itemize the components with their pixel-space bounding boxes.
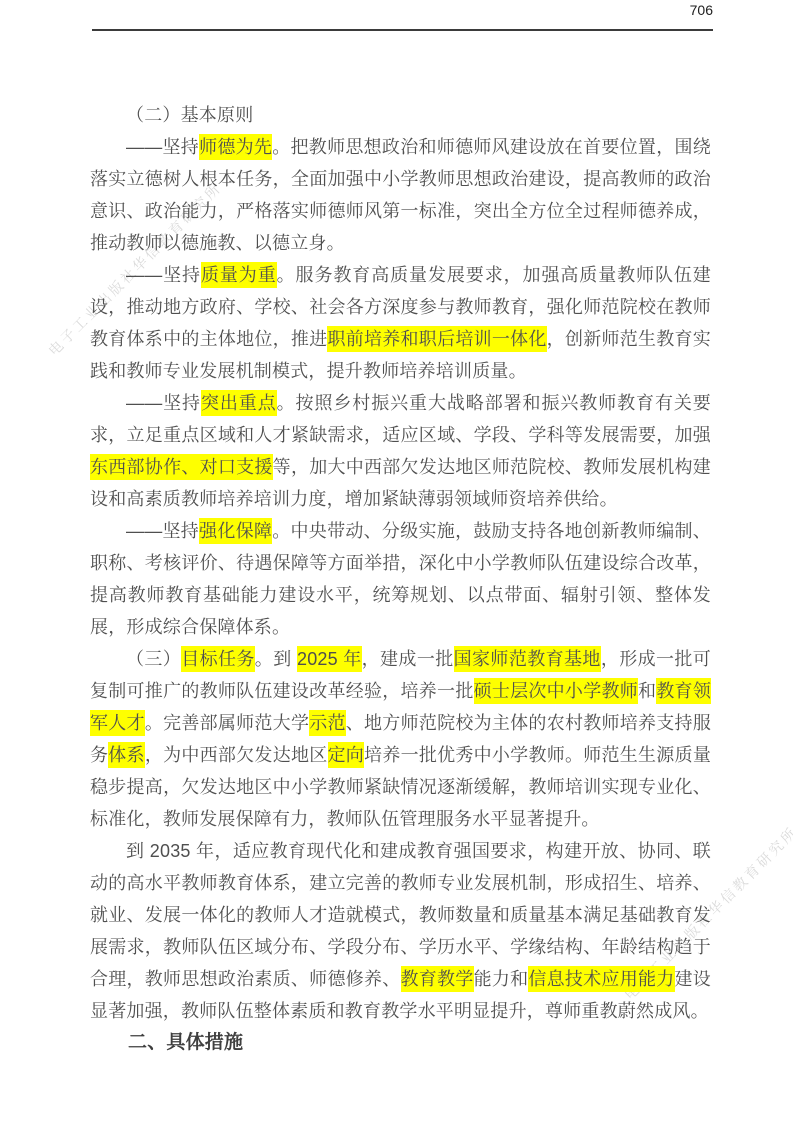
highlighted-text: 突出重点	[201, 390, 277, 416]
text-segment: 能力和	[474, 969, 529, 989]
text-segment: ——坚持	[126, 521, 199, 541]
paragraph: 到 2035 年，适应教育现代化和建成教育强国要求，构建开放、协同、联动的高水平…	[90, 835, 711, 1027]
text-segment: ——坚持	[126, 265, 201, 285]
highlighted-text: 强化保障	[199, 518, 272, 544]
highlighted-text: 职前培养和职后培训一体化	[327, 326, 546, 352]
paragraph: ——坚持质量为重。服务教育高质量发展要求，加强高质量教师队伍建设，推动地方政府、…	[90, 259, 711, 387]
text-segment: 。完善部属师范大学	[145, 713, 309, 733]
text-segment: ——坚持	[126, 393, 201, 413]
page-number: 706	[690, 2, 713, 18]
document-page: 706 电子工业出版社华信教育研究所 电子工业出版社华信教育研究所 （二）基本原…	[0, 0, 793, 1122]
highlighted-text: 目标任务	[181, 646, 255, 672]
paragraph: ——坚持师德为先。把教师思想政治和师德师风建设放在首要位置，围绕落实立德树人根本…	[90, 131, 711, 259]
highlighted-text: 东西部协作、对口支援	[90, 454, 273, 480]
highlighted-text: 硕士层次中小学教师	[474, 678, 638, 704]
text-segment: 和	[638, 681, 656, 701]
highlighted-text: 教育教学	[401, 966, 474, 992]
section-heading: 二、具体措施	[90, 1027, 711, 1059]
highlighted-text: 师德为先	[199, 134, 272, 160]
paragraph: ——坚持强化保障。中央带动、分级实施，鼓励支持各地创新教师编制、职称、考核评价、…	[90, 515, 711, 643]
text-segment: （三）	[126, 649, 181, 669]
text-segment: 。到	[255, 649, 297, 669]
highlighted-text: 信息技术应用能力	[528, 966, 674, 992]
text-segment: ——坚持	[126, 137, 199, 157]
header-rule	[92, 29, 713, 31]
text-segment: ，建成一批	[362, 649, 454, 669]
paragraph: （二）基本原则	[90, 99, 711, 131]
paragraph: ——坚持突出重点。按照乡村振兴重大战略部署和振兴教师教育有关要求，立足重点区域和…	[90, 387, 711, 515]
text-segment: （二）基本原则	[126, 105, 253, 125]
highlighted-text: 示范	[309, 710, 346, 736]
highlighted-text: 质量为重	[201, 262, 277, 288]
highlighted-text: 国家师范教育基地	[454, 646, 601, 672]
text-segment: 二、具体措施	[128, 1032, 243, 1053]
highlighted-text: 体系	[108, 742, 145, 768]
highlighted-text: 定向	[328, 742, 365, 768]
text-segment: ，为中西部欠发达地区	[145, 745, 328, 765]
document-body: （二）基本原则——坚持师德为先。把教师思想政治和师德师风建设放在首要位置，围绕落…	[90, 99, 711, 1059]
highlighted-text: 2025 年	[297, 646, 362, 672]
paragraph: （三）目标任务。到 2025 年，建成一批国家师范教育基地，形成一批可复制可推广…	[90, 643, 711, 835]
